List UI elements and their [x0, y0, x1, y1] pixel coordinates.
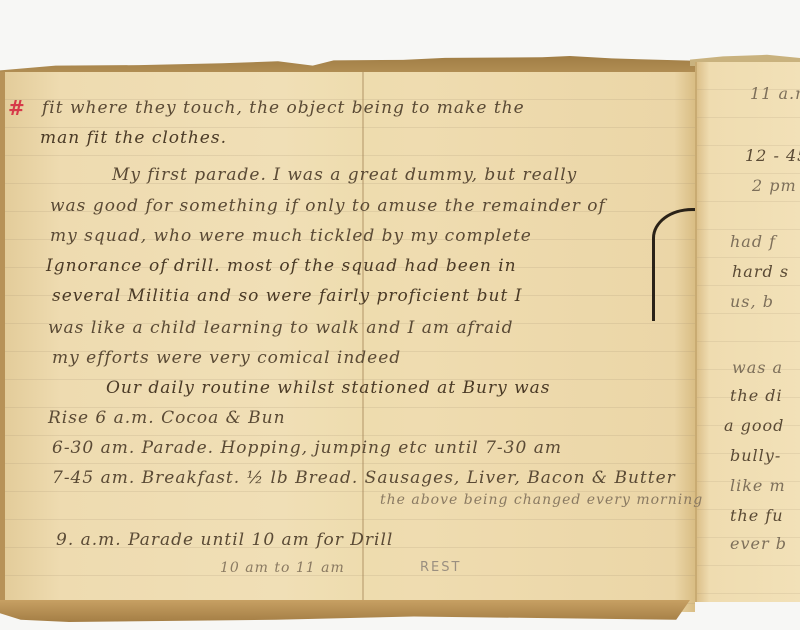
diary-line: 7-45 am. Breakfast. ½ lb Bread. Sausages… — [52, 468, 676, 488]
diary-line: was like a child learning to walk and I … — [48, 318, 513, 338]
diary-line: us, b — [730, 292, 774, 311]
diary-line: My first parade. I was a great dummy, bu… — [112, 165, 577, 185]
diary-line: my squad, who were much tickled by my co… — [50, 226, 532, 246]
diary-line: 11 a.m — [750, 84, 800, 103]
diary-line: fit where they touch, the object being t… — [42, 98, 525, 118]
diary-line: Our daily routine whilst stationed at Bu… — [106, 378, 551, 398]
binding-thread — [652, 208, 695, 321]
diary-line: 2 pm — [752, 176, 797, 195]
diary-line: 9. a.m. Parade until 10 am for Drill — [56, 530, 393, 550]
diary-line: the di — [730, 386, 783, 405]
diary-line: 12 - 45 — [745, 146, 800, 165]
torn-bottom-edge — [0, 600, 690, 622]
diary-line: was good for something if only to amuse … — [50, 196, 606, 216]
pencil-note: REST — [420, 560, 461, 575]
diary-line: 10 am to 11 am — [220, 560, 345, 576]
diary-line: was a — [732, 358, 783, 377]
diary-line: ever b — [730, 534, 787, 553]
diary-line: like m — [730, 476, 786, 495]
diary-line: the fu — [730, 506, 784, 525]
diary-line: 6-30 am. Parade. Hopping, jumping etc un… — [52, 438, 562, 458]
diary-line: had f — [730, 232, 776, 251]
diary-line: Rise 6 a.m. Cocoa & Bun — [48, 408, 286, 428]
margin-mark: # — [8, 96, 25, 120]
diary-line: hard s — [732, 262, 789, 281]
diary-line: bully- — [730, 446, 781, 465]
diary-line: Ignorance of drill. most of the squad ha… — [46, 256, 517, 276]
diary-line: man fit the clothes. — [40, 128, 227, 148]
diary-line: the above being changed every morning — [380, 492, 703, 508]
diary-line: a good — [724, 416, 784, 435]
diary-line: several Militia and so were fairly profi… — [52, 286, 522, 306]
diary-line: my efforts were very comical indeed — [52, 348, 401, 368]
